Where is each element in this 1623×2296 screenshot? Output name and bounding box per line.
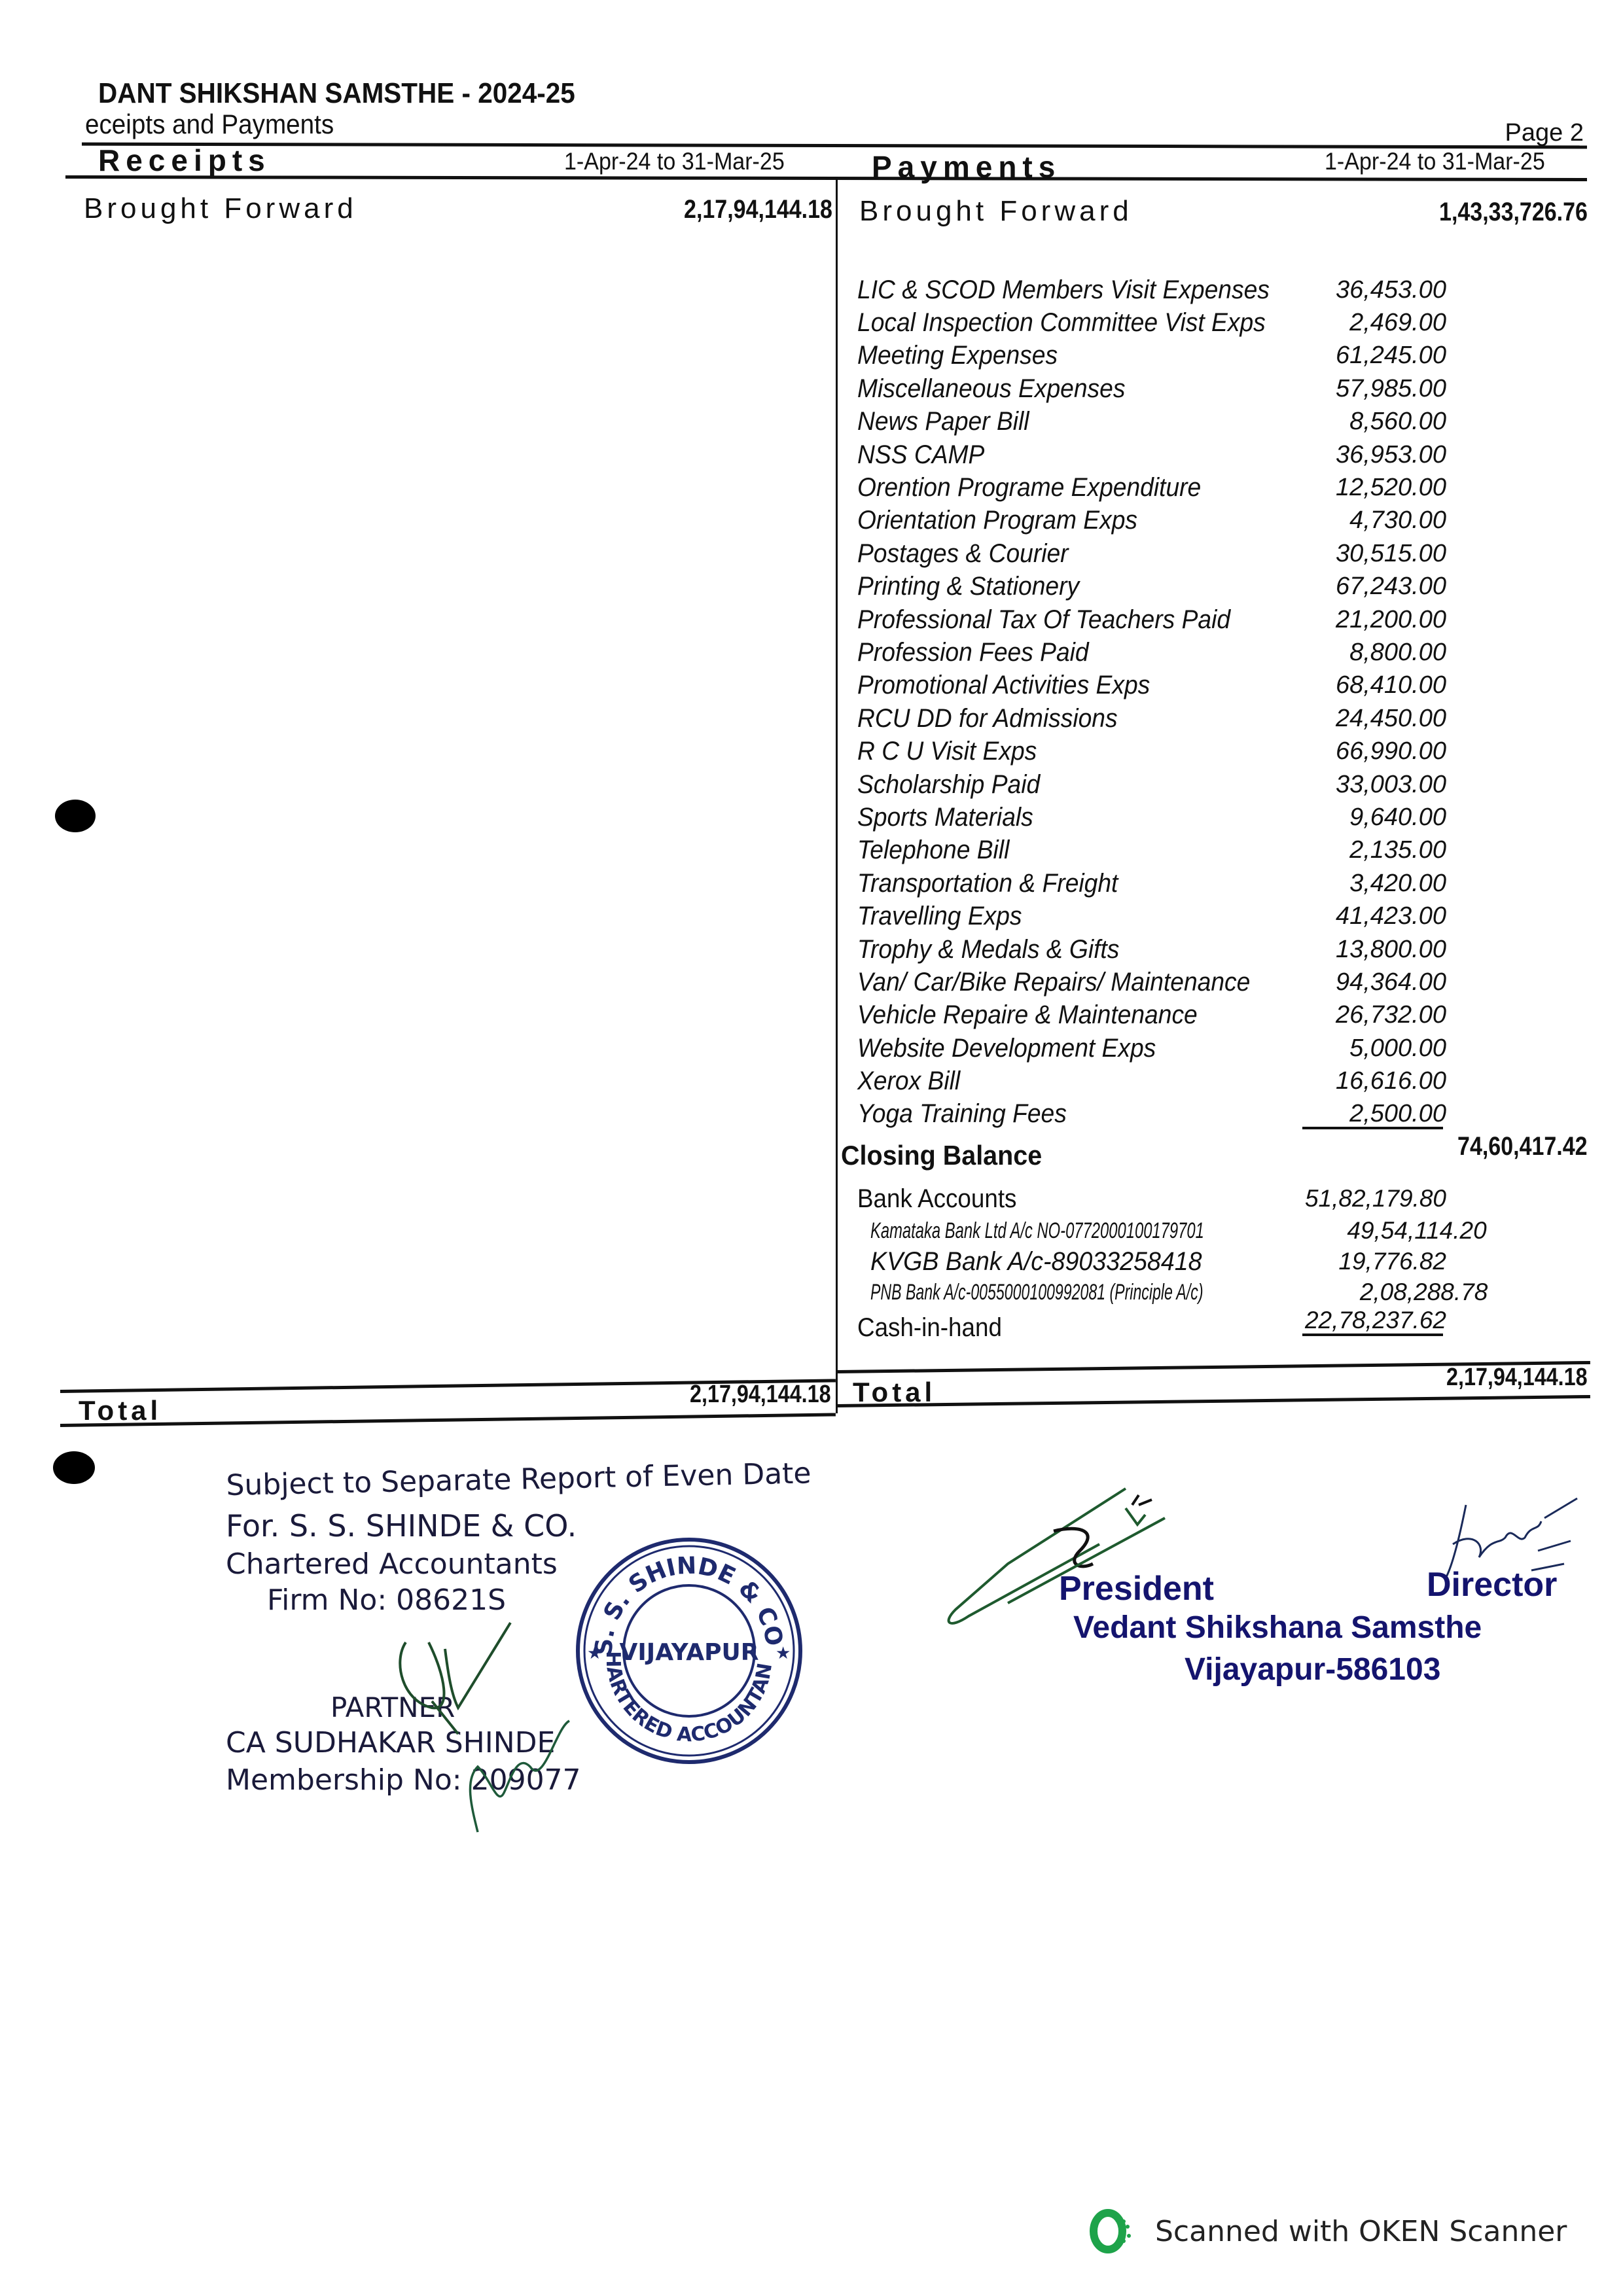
payment-row: Meeting Expenses61,245.00 (857, 340, 1446, 372)
payments-total-amount: 2,17,94,144.18 (1446, 1364, 1588, 1392)
payment-amount: 2,135.00 (1302, 836, 1446, 864)
payment-amount: 26,732.00 (1302, 1001, 1446, 1029)
stamp-top-text: S. S. SHINDE & CO. (573, 1534, 787, 1656)
bank-name: PNB Bank A/c-0055000100992081 (Principle… (870, 1280, 1204, 1305)
payment-row: LIC & SCOD Members Visit Expenses36,453.… (857, 274, 1446, 306)
receipts-heading: Receipts (98, 143, 271, 178)
payments-heading: Payments (872, 149, 1061, 185)
receipts-total-amount: 2,17,94,144.18 (690, 1381, 831, 1409)
payment-name: Postages & Courier (857, 539, 1069, 569)
payment-name: R C U Visit Exps (857, 737, 1037, 766)
organisation-name: Vedant Shikshana Samsthe (1073, 1610, 1482, 1646)
header-bottom-rule (65, 175, 1587, 181)
payment-amount: 57,985.00 (1302, 375, 1446, 403)
receipts-brought-forward-label: Brought Forward (84, 192, 357, 225)
payment-amount: 33,003.00 (1302, 771, 1446, 799)
column-divider (836, 177, 838, 1413)
payment-name: Professional Tax Of Teachers Paid (857, 605, 1230, 635)
payment-name: Printing & Stationery (857, 572, 1079, 601)
payment-amount: 61,245.00 (1302, 342, 1446, 370)
bank-accounts-amount: 51,82,179.80 (1289, 1185, 1446, 1212)
cash-underline (1302, 1333, 1443, 1336)
payment-amount: 5,000.00 (1302, 1034, 1446, 1063)
payment-amount: 36,453.00 (1302, 276, 1446, 304)
total-bottom-rule-left (60, 1413, 836, 1427)
bank-amount: 49,54,114.20 (1347, 1217, 1486, 1245)
payment-amount: 3,420.00 (1302, 870, 1446, 898)
payment-name: Travelling Exps (857, 902, 1022, 931)
bank-accounts-row: Bank Accounts 51,82,179.80 (857, 1180, 1446, 1217)
payment-name: Local Inspection Committee Vist Exps (857, 308, 1266, 338)
payment-row: Website Development Exps5,000.00 (857, 1032, 1446, 1065)
payment-row: Orention Programe Expenditure12,520.00 (857, 471, 1446, 504)
payment-amount: 41,423.00 (1302, 902, 1446, 930)
bank-row: KVGB Bank A/c-89033258418 19,776.82 (857, 1245, 1446, 1279)
payment-row: NSS CAMP36,953.00 (857, 438, 1446, 471)
payment-amount: 36,953.00 (1302, 441, 1446, 469)
payment-row: Printing & Stationery67,243.00 (857, 571, 1446, 603)
receipts-period: 1-Apr-24 to 31-Mar-25 (564, 148, 785, 175)
closing-balance-label: Closing Balance (841, 1140, 1042, 1171)
payment-amount: 16,616.00 (1302, 1067, 1446, 1095)
payment-row: Orientation Program Exps4,730.00 (857, 504, 1446, 537)
stamp-center-text: VIJAYAPUR (620, 1639, 759, 1666)
payment-amount: 21,200.00 (1302, 606, 1446, 634)
payment-name: Transportation & Freight (857, 869, 1118, 898)
payment-amount: 30,515.00 (1302, 540, 1446, 568)
payment-name: Van/ Car/Bike Repairs/ Maintenance (857, 968, 1250, 997)
payment-amount: 13,800.00 (1302, 936, 1446, 964)
oken-logo-icon (1090, 2208, 1135, 2254)
payment-row: Xerox Bill16,616.00 (857, 1065, 1446, 1097)
payment-row: RCU DD for Admissions24,450.00 (857, 702, 1446, 735)
payments-brought-forward-amount: 1,43,33,726.76 (1439, 198, 1588, 227)
payment-name: Sports Materials (857, 803, 1033, 832)
payment-row: Van/ Car/Bike Repairs/ Maintenance94,364… (857, 966, 1446, 998)
payments-brought-forward-label: Brought Forward (859, 195, 1133, 228)
payment-amount: 2,500.00 (1302, 1100, 1446, 1128)
payment-amount: 67,243.00 (1302, 573, 1446, 601)
payment-amount: 2,469.00 (1302, 309, 1446, 337)
auditor-firm: For. S. S. SHINDE & CO. (226, 1508, 577, 1544)
payment-amount: 24,450.00 (1302, 705, 1446, 733)
bank-amount: 19,776.82 (1289, 1248, 1446, 1275)
payment-row: Miscellaneous Expenses57,985.00 (857, 372, 1446, 405)
payment-row: Transportation & Freight3,420.00 (857, 867, 1446, 900)
receipts-brought-forward-amount: 2,17,94,144.18 (684, 195, 832, 224)
payment-row: Travelling Exps41,423.00 (857, 900, 1446, 932)
payment-amount: 8,800.00 (1302, 639, 1446, 667)
payment-amount: 8,560.00 (1302, 408, 1446, 436)
cash-in-hand-label: Cash-in-hand (857, 1313, 1002, 1343)
punch-hole-mark (55, 800, 96, 832)
payment-name: RCU DD for Admissions (857, 704, 1118, 733)
firm-seal-stamp: S. S. SHINDE & CO. CHARTERED ACCOUNTANTS… (573, 1534, 805, 1767)
svg-text:S. S. SHINDE & CO.: S. S. SHINDE & CO. (573, 1534, 787, 1656)
payment-name: Telephone Bill (857, 836, 1009, 865)
payment-name: Meeting Expenses (857, 341, 1058, 370)
payment-name: Trophy & Medals & Gifts (857, 935, 1119, 964)
payment-row: Professional Tax Of Teachers Paid21,200.… (857, 603, 1446, 636)
bank-row: Kamataka Bank Ltd A/c NO-077200010017970… (857, 1214, 1446, 1247)
subtotal-underline (1302, 1127, 1443, 1129)
payment-name: Promotional Activities Exps (857, 671, 1150, 700)
president-label: President (1059, 1569, 1214, 1608)
receipts-total-label: Total (79, 1395, 162, 1426)
payment-row: Profession Fees Paid8,800.00 (857, 636, 1446, 669)
payment-name: Xerox Bill (857, 1067, 960, 1096)
payment-row: News Paper Bill8,560.00 (857, 406, 1446, 438)
payment-name: LIC & SCOD Members Visit Expenses (857, 275, 1270, 305)
payment-row: Vehicle Repaire & Maintenance26,732.00 (857, 999, 1446, 1032)
payment-amount: 9,640.00 (1302, 804, 1446, 832)
payment-name: Website Development Exps (857, 1034, 1156, 1063)
total-bottom-rule-right (838, 1395, 1590, 1407)
payment-name: Scholarship Paid (857, 770, 1040, 800)
payment-row: Trophy & Medals & Gifts13,800.00 (857, 933, 1446, 966)
star-icon: ★ (587, 1643, 602, 1663)
director-label: Director (1427, 1565, 1557, 1604)
payment-name: Profession Fees Paid (857, 638, 1089, 667)
payment-amount: 66,990.00 (1302, 737, 1446, 766)
payments-period: 1-Apr-24 to 31-Mar-25 (1325, 148, 1545, 175)
bank-accounts-label: Bank Accounts (857, 1184, 1016, 1214)
organisation-title: DANT SHIKSHAN SAMSTHE - 2024-25 (98, 77, 575, 110)
payment-amount: 4,730.00 (1302, 506, 1446, 535)
payment-name: NSS CAMP (857, 440, 984, 470)
payments-total-label: Total (853, 1377, 936, 1408)
scanner-text: Scanned with OKEN Scanner (1155, 2215, 1567, 2248)
punch-hole-mark (53, 1451, 95, 1484)
payment-name: Yoga Training Fees (857, 1099, 1067, 1129)
auditor-note: Subject to Separate Report of Even Date (226, 1457, 811, 1502)
payment-amount: 12,520.00 (1302, 474, 1446, 502)
payment-name: Orention Programe Expenditure (857, 473, 1201, 503)
bank-name: Kamataka Bank Ltd A/c NO-077200010017970… (870, 1218, 1204, 1244)
payment-row: R C U Visit Exps66,990.00 (857, 735, 1446, 768)
payment-row: Promotional Activities Exps68,410.00 (857, 669, 1446, 702)
statement-title: eceipts and Payments (85, 109, 334, 140)
payment-name: Orientation Program Exps (857, 506, 1137, 535)
star-icon: ★ (776, 1643, 791, 1663)
payment-row: Postages & Courier30,515.00 (857, 537, 1446, 570)
payment-row: Scholarship Paid33,003.00 (857, 768, 1446, 801)
organisation-address: Vijayapur-586103 (1185, 1651, 1440, 1687)
cash-in-hand-amount: 22,78,237.62 (1289, 1307, 1446, 1334)
payment-row: Sports Materials9,640.00 (857, 801, 1446, 834)
payment-row: Telephone Bill2,135.00 (857, 834, 1446, 867)
payment-amount: 68,410.00 (1302, 671, 1446, 699)
page-number: Page 2 (1505, 119, 1584, 147)
payments-list: LIC & SCOD Members Visit Expenses36,453.… (857, 274, 1446, 1131)
payment-amount: 94,364.00 (1302, 968, 1446, 997)
payment-name: Vehicle Repaire & Maintenance (857, 1000, 1198, 1030)
payment-name: Miscellaneous Expenses (857, 374, 1125, 404)
scanner-watermark: Scanned with OKEN Scanner (1090, 2208, 1567, 2254)
payment-row: Local Inspection Committee Vist Exps2,46… (857, 306, 1446, 339)
closing-balance-amount: 74,60,417.42 (1457, 1132, 1588, 1161)
payment-name: News Paper Bill (857, 407, 1029, 436)
payment-row: Yoga Training Fees2,500.00 (857, 1098, 1446, 1131)
bank-name: KVGB Bank A/c-89033258418 (870, 1247, 1202, 1277)
